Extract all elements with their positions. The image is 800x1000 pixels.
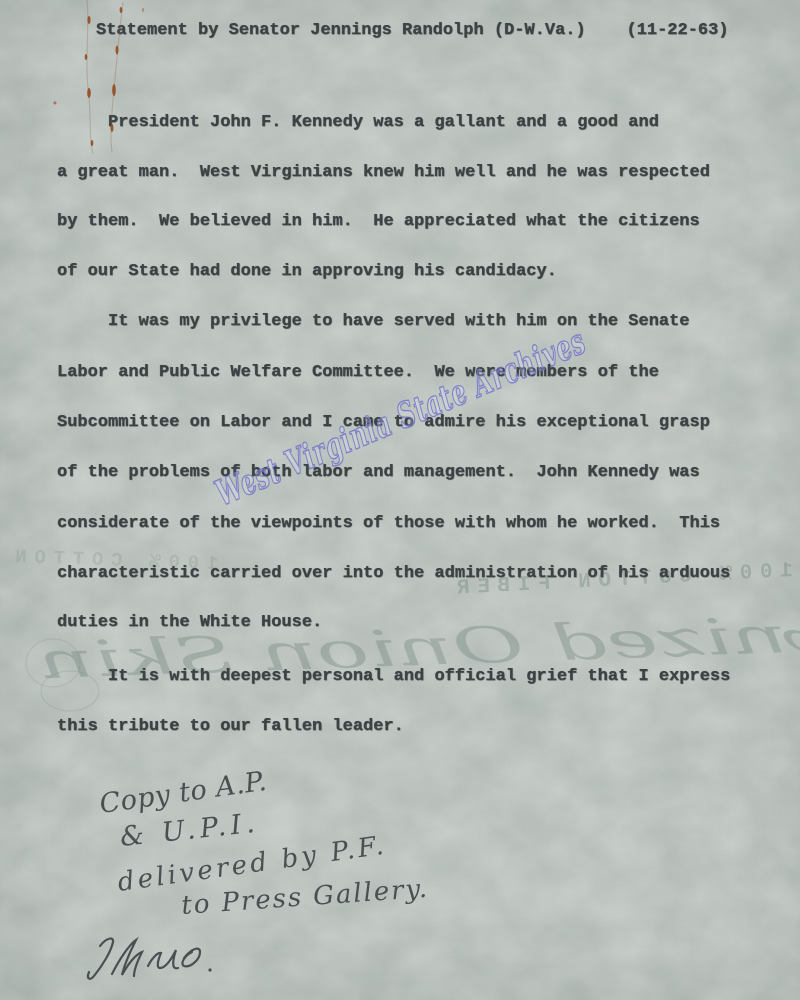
scanned-document-page: 100% COTTON FIBER 100% COTTON FIBER ℘niz… [0, 0, 800, 1000]
watermark-layer: West Virginia State Archives [0, 0, 800, 1000]
archives-watermark: West Virginia State Archives [209, 321, 591, 514]
